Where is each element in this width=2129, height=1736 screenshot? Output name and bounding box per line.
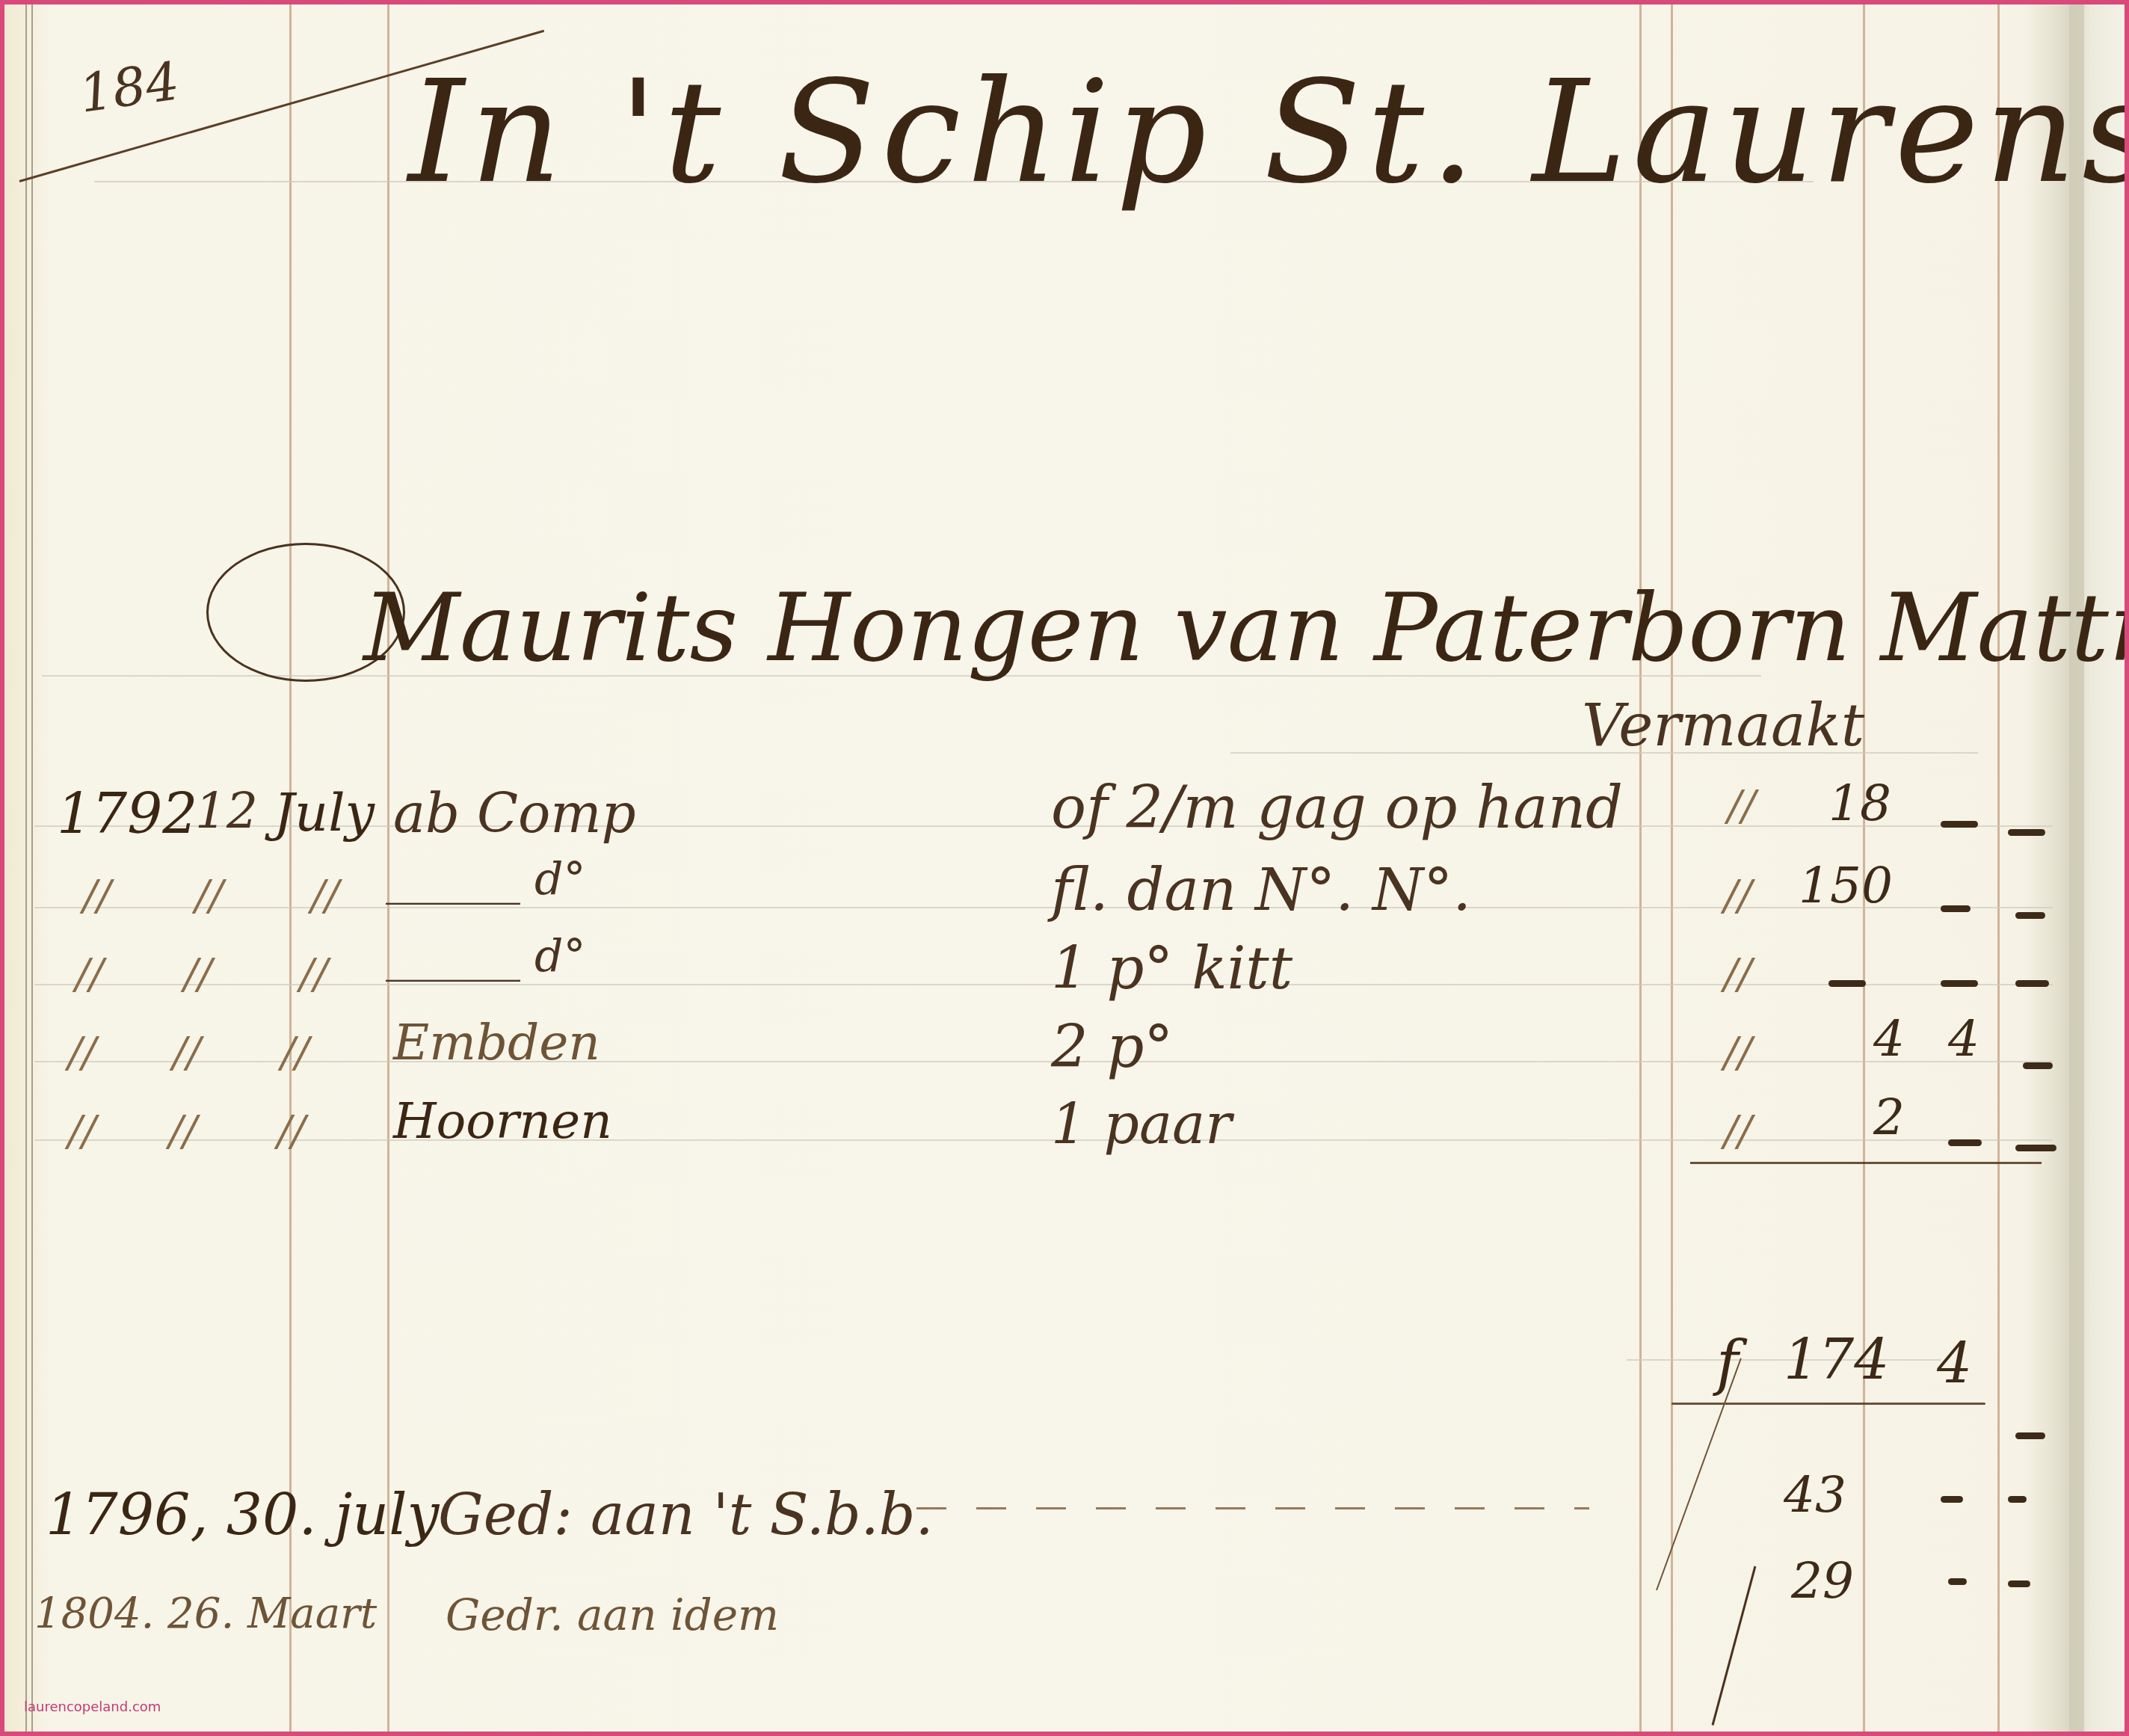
ditto-mark: //	[1724, 1107, 1752, 1156]
ditto-month: //	[281, 1029, 309, 1077]
entry-ref: ______ d°	[386, 853, 585, 905]
entry-amount-sub2	[2015, 912, 2045, 919]
entry-amount-sub1	[1941, 905, 1971, 912]
margin-rule-left-2	[31, 4, 33, 1736]
ditto-day: //	[173, 1029, 201, 1077]
ditto-year: //	[76, 950, 104, 999]
payment-bracket-stroke	[1656, 1358, 1742, 1591]
ledger-page: 184 In 't Schip St. Laurens Maurits Hong…	[0, 0, 2129, 1736]
ditto-year: //	[68, 1029, 96, 1077]
payment-date: 1796, 30. july	[46, 1481, 440, 1548]
total-amount-sub2	[2015, 1432, 2045, 1439]
column-rule-6	[1997, 4, 2000, 1736]
entry-ref: Embden	[393, 1014, 600, 1071]
entry-description: 1 paar	[1051, 1092, 1232, 1157]
ditto-mark: //	[1724, 872, 1752, 920]
spine-shadow	[2069, 4, 2084, 1736]
ditto-mark: //	[1724, 950, 1752, 999]
entry-ref: Hoornen	[393, 1092, 612, 1150]
ditto-month: //	[311, 872, 339, 920]
column-rule-3	[1639, 4, 1642, 1736]
payment-date: 1804. 26. Maart	[34, 1589, 377, 1638]
ditto-month: //	[277, 1107, 306, 1156]
page-heading: In 't Schip St. Laurens	[408, 49, 2129, 215]
margin-rule-left	[25, 4, 27, 1736]
total-amount: 174	[1784, 1328, 1889, 1392]
entry-month: July	[274, 782, 375, 843]
account-name: Maurits Hongen van Paterborn Mattroos me…	[363, 573, 2129, 683]
ditto-day: //	[195, 872, 224, 920]
payment-amount: 29	[1791, 1552, 1854, 1610]
payment-description: Gedr. aan idem	[446, 1589, 779, 1640]
ditto-day: //	[169, 1107, 197, 1156]
entry-amount-sub2	[2015, 980, 2049, 987]
ditto-month: //	[300, 950, 328, 999]
entry-ref: ______ d°	[386, 930, 585, 982]
entry-amount: 18	[1828, 775, 1891, 832]
payment-amount-sub1	[1948, 1578, 1967, 1585]
payment-amount-sub2	[2008, 1496, 2027, 1503]
ditto-day: //	[184, 950, 212, 999]
page-number: 184	[76, 50, 183, 125]
account-suffix: Vermaakt	[1582, 692, 1864, 760]
entry-amount-sub1	[1941, 980, 1978, 987]
entry-amount: 150	[1799, 857, 1893, 914]
leader-dashes	[916, 1507, 1589, 1509]
ditto-year: //	[83, 872, 111, 920]
entry-amount-main	[1828, 980, 1866, 987]
ditto-year: //	[68, 1107, 96, 1156]
column-rule-1	[289, 4, 292, 1736]
entry-amount: 4	[1873, 1010, 1905, 1068]
entry-year: 1792	[57, 782, 197, 846]
payment-amount-sub1	[1941, 1496, 1963, 1503]
entry-description: 1 p° kitt	[1051, 935, 1293, 1003]
column-rule-4	[1671, 4, 1673, 1736]
entry-day: 12	[195, 782, 258, 840]
entry-description: of 2/m gag op hand	[1051, 775, 1623, 842]
payment-amount-sub2	[2008, 1580, 2030, 1587]
payment-bracket-stroke-2	[1712, 1566, 1757, 1726]
entry-amount-sub1: 4	[1948, 1010, 1979, 1068]
payment-description: Ged: aan 't S.b.b.	[438, 1481, 934, 1548]
payment-amount: 43	[1784, 1466, 1846, 1524]
subtotal-rule	[1690, 1162, 2042, 1164]
entry-amount: 2	[1873, 1089, 1905, 1146]
entry-ref: ab Comp	[393, 782, 636, 845]
ditto-mark: //	[1728, 782, 1756, 831]
total-flourish	[1672, 1403, 1985, 1405]
entry-description: 2 p°	[1051, 1014, 1173, 1081]
total-prefix: f	[1716, 1328, 1739, 1397]
entry-description: fl. dan N°. N°.	[1051, 857, 1471, 924]
watermark: laurencopeland.com	[24, 1699, 161, 1715]
entry-amount-sub1	[1941, 821, 1978, 828]
ditto-mark: //	[1724, 1029, 1752, 1077]
total-amount-sub1: 4	[1937, 1332, 1972, 1396]
entry-amount-sub2	[2015, 1145, 2056, 1151]
entry-amount-sub1	[1948, 1139, 1982, 1146]
entry-amount-sub2	[2008, 829, 2045, 836]
entry-amount-sub2	[2023, 1062, 2053, 1069]
